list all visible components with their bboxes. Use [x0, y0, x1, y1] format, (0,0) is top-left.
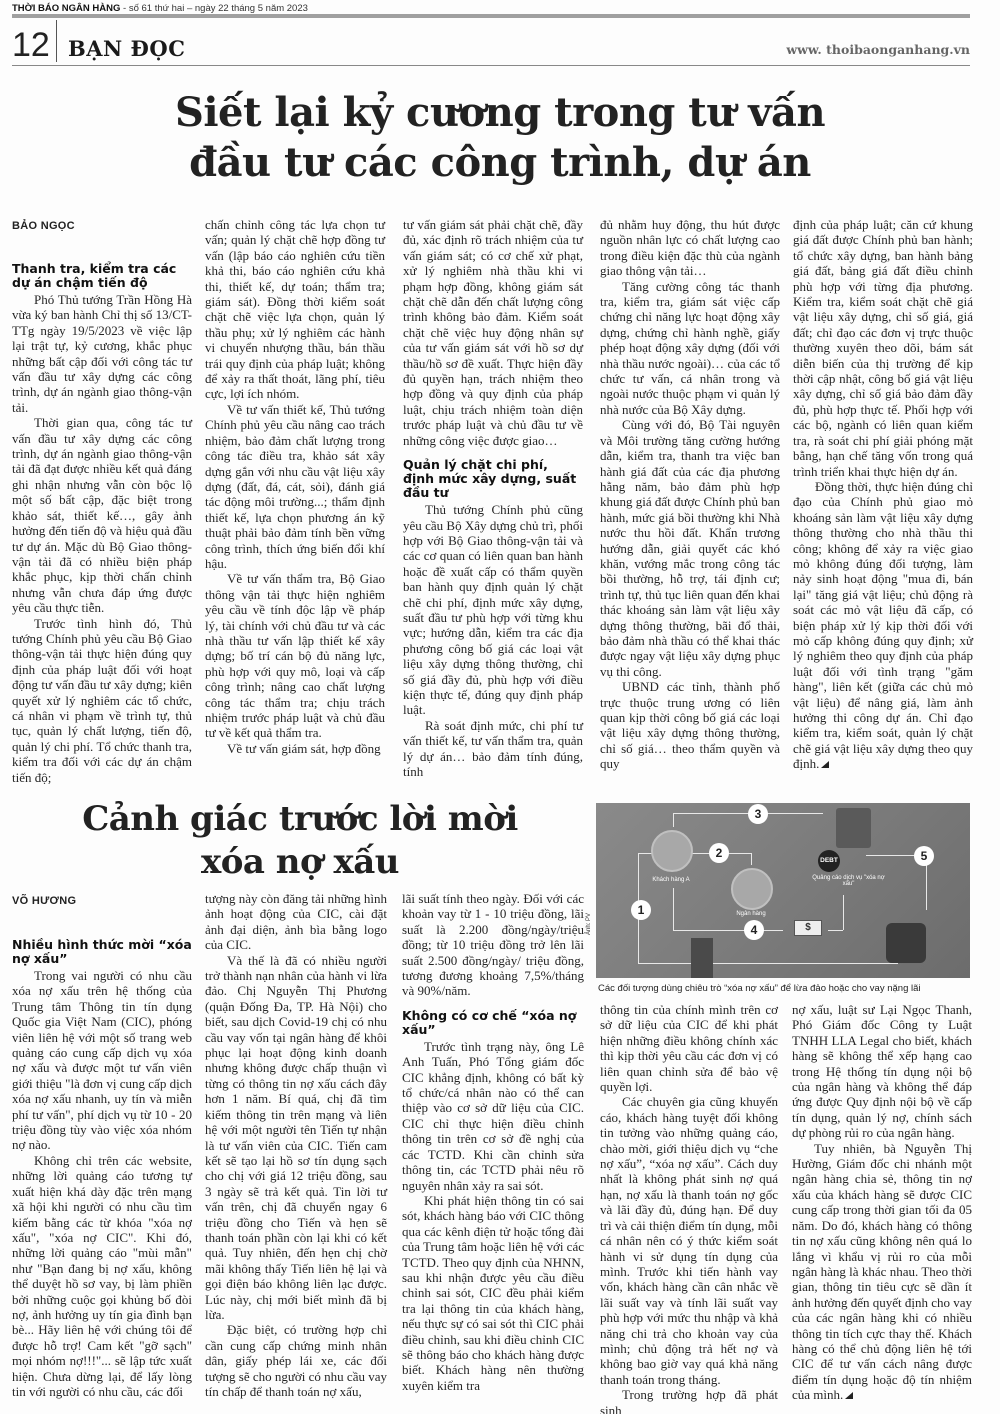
- article1-column-1: Thanh tra, kiểm tra các dự án chậm tiến …: [12, 262, 192, 785]
- top-rule: [12, 14, 970, 18]
- article2-column-2: tượng này còn đăng tải những hình ảnh ho…: [205, 891, 387, 1399]
- article2-column-5: nợ xấu, luật sư Lại Ngọc Thanh, Phó Giám…: [792, 1002, 972, 1403]
- paragraph: Trước tình trạng này, ông Lê Anh Tuấn, P…: [402, 1039, 584, 1193]
- paragraph: Rà soát định mức, chi phí tư vấn thiết k…: [403, 718, 583, 780]
- article2-column-3: lãi suất tính theo ngày. Đối với các kho…: [402, 891, 584, 1393]
- article2-headline: Cảnh giác trước lời mời xóa nợ xấu: [0, 798, 600, 884]
- bank-icon: [731, 868, 773, 910]
- subheading: Thanh tra, kiểm tra các dự án chậm tiến …: [12, 262, 192, 290]
- subheading: Nhiều hình thức mời “xóa nợ xấu”: [12, 938, 192, 966]
- flow-line: [638, 963, 898, 964]
- bank-label: Ngân hàng: [716, 911, 786, 917]
- paragraph: Thời gian qua, công tác tư vấn đầu tư xâ…: [12, 415, 192, 615]
- flow-line: [673, 813, 674, 827]
- paragraph: Về tư vấn thẩm tra, Bộ Giao thông vận tả…: [205, 571, 385, 740]
- credit-cards-icon: [836, 808, 871, 848]
- paragraph: Trong vai người có nhu cầu xóa nợ xấu tr…: [12, 968, 192, 1153]
- article2-column-1: Nhiều hình thức mời “xóa nợ xấu” Trong v…: [12, 938, 192, 1399]
- paragraph: định của pháp luật; căn cứ khung giá đất…: [793, 217, 973, 479]
- website-link[interactable]: www. thoibaonganhang.vn: [786, 42, 970, 57]
- paragraph: Khi phát hiện thông tin có sai sót, khác…: [402, 1193, 584, 1393]
- step-4-badge: 4: [744, 920, 764, 940]
- flow-line: [673, 888, 674, 930]
- paragraph-text: Tuy nhiên, bà Nguyễn Thị Hường, Giám đốc…: [792, 1141, 972, 1403]
- paragraph-text: Đồng thời, thực hiện đúng chỉ đạo của Ch…: [793, 479, 973, 771]
- customer-avatar-icon: [651, 830, 693, 872]
- header-rule: [12, 65, 970, 66]
- lion-dance-icon: [691, 938, 713, 978]
- masthead-line: THỜI BÁO NGÂN HÀNG - số 61 thứ hai – ngà…: [12, 3, 308, 14]
- subheading: Không có cơ chế “xóa nợ xấu”: [402, 1009, 584, 1037]
- subheading: Quản lý chặt chi phí, định mức xây dựng,…: [403, 458, 583, 500]
- paragraph: Phó Thủ tướng Trần Hồng Hà vừa ký ban hà…: [12, 292, 192, 415]
- article1-column-4: đủ nhằm huy động, thu hút được nguồn nhâ…: [600, 217, 780, 772]
- paragraph: Đồng thời, thực hiện đúng chỉ đạo của Ch…: [793, 479, 973, 772]
- article1-column-2: chấn chỉnh công tác lựa chọn tư vấn; quả…: [205, 217, 385, 756]
- flow-line: [673, 930, 783, 931]
- paragraph: Các chuyên gia cũng khuyến cáo, khách hà…: [600, 1094, 778, 1387]
- paragraph: Trước tình hình đó, Thủ tướng Chính phủ …: [12, 616, 192, 785]
- paragraph: thông tin của chính mình trên cơ sở dữ l…: [600, 1002, 778, 1094]
- paragraph: tư vấn giám sát phải chặt chẽ, đầy đủ, x…: [403, 217, 583, 448]
- paragraph: Và thế là đã có nhiều người trở thành nạ…: [205, 953, 387, 1323]
- end-of-article-icon: [845, 1392, 853, 1399]
- article1-headline: Siết lại kỷ cương trong tư vấn đầu tư cá…: [0, 88, 1000, 188]
- headline-line-2: đầu tư các công trình, dự án: [0, 138, 1000, 188]
- step-2-badge: 2: [709, 843, 729, 863]
- paragraph: Đặc biệt, có trường hợp chỉ cần cung cấp…: [205, 1322, 387, 1399]
- figure-caption: Các đối tượng dùng chiêu trò “xóa nợ xấu…: [598, 983, 978, 994]
- scam-diagram-image: 1 2 3 4 5 Khách hàng A Ngân hàng DEBT Qu…: [596, 803, 970, 978]
- end-of-article-icon: [821, 761, 829, 768]
- paragraph: Thủ tướng Chính phủ cũng yêu cầu Bộ Xây …: [403, 502, 583, 718]
- paragraph: chấn chỉnh công tác lựa chọn tư vấn; quả…: [205, 217, 385, 402]
- article1-column-3: tư vấn giám sát phải chặt chẽ, đầy đủ, x…: [403, 217, 583, 779]
- paragraph: Về tư vấn giám sát, hợp đồng: [205, 741, 385, 756]
- flow-line: [843, 895, 844, 930]
- flow-line: [828, 930, 843, 931]
- paragraph: đủ nhằm huy động, thu hút được nguồn nhâ…: [600, 217, 780, 279]
- customer-label: Khách hàng A: [636, 877, 706, 883]
- paragraph: nợ xấu, luật sư Lại Ngọc Thanh, Phó Giám…: [792, 1002, 972, 1141]
- paragraph: UBND các tỉnh, thành phố trực thuộc trun…: [600, 679, 780, 771]
- paragraph: tượng này còn đăng tải những hình ảnh ho…: [205, 891, 387, 953]
- publication-name: THỜI BÁO NGÂN HÀNG: [12, 3, 120, 14]
- paragraph: Cùng với đó, Bộ Tài nguyên và Môi trường…: [600, 417, 780, 679]
- section-title: BẠN ĐỌC: [68, 36, 185, 61]
- article1-column-5: định của pháp luật; căn cứ khung giá đất…: [793, 217, 973, 772]
- paragraph: Về tư vấn thiết kế, Thủ tướng Chính phủ …: [205, 402, 385, 571]
- paragraph: Trong trường hợp đã phát sinh: [600, 1387, 778, 1414]
- money-exchange-icon: $: [794, 920, 822, 936]
- ad-service-label: Quảng cáo dịch vụ "xóa nợ xấu": [811, 875, 886, 887]
- headline-line-1: Siết lại kỷ cương trong tư vấn: [0, 88, 1000, 138]
- debt-icon: DEBT: [818, 850, 840, 872]
- step-3-badge: 3: [748, 804, 768, 824]
- headline-line-2: xóa nợ xấu: [0, 841, 600, 884]
- page-number: 12: [12, 27, 50, 63]
- article2-column-4: thông tin của chính mình trên cơ sở dữ l…: [600, 1002, 778, 1414]
- running-thief-icon: [886, 923, 926, 963]
- image-credit: Ảnh: PV: [586, 913, 592, 935]
- step-5-badge: 5: [914, 846, 934, 866]
- paragraph: Tăng cường công tác thanh tra, kiểm tra,…: [600, 279, 780, 418]
- page-number-divider: [56, 20, 57, 62]
- headline-line-1: Cảnh giác trước lời mời: [0, 798, 600, 841]
- paragraph: Tuy nhiên, bà Nguyễn Thị Hường, Giám đốc…: [792, 1141, 972, 1403]
- paragraph: Không chỉ trên các website, những lời qu…: [12, 1153, 192, 1400]
- flow-line: [751, 853, 752, 865]
- issue-info: - số 61 thứ hai – ngày 22 tháng 5 năm 20…: [120, 3, 308, 14]
- article1-byline: BẢO NGỌC: [12, 220, 75, 232]
- step-1-badge: 1: [631, 900, 651, 920]
- paragraph: lãi suất tính theo ngày. Đối với các kho…: [402, 891, 584, 999]
- article2-byline: VÕ HƯƠNG: [12, 895, 76, 907]
